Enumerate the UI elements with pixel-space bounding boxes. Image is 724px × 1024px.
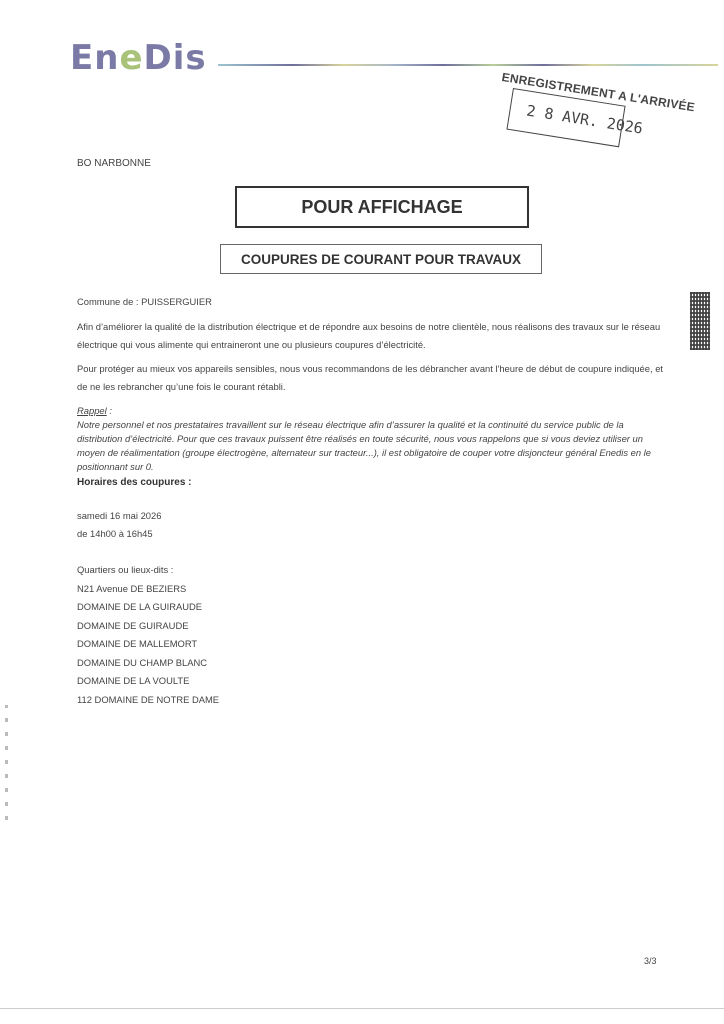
rappel-text: Notre personnel et nos prestataires trav… [77,418,667,474]
logo-text-accent: e [119,38,143,78]
stamp-date: 2 8 AVR. 2026 [525,102,644,138]
header-rule [218,64,718,66]
list-item: DOMAINE DE LA GUIRAUDE [77,598,667,617]
horaires-heading: Horaires des coupures : [77,474,667,492]
list-item: 112 DOMAINE DE NOTRE DAME [77,691,667,710]
page-number: 3/3 [644,956,657,966]
datamatrix-code [690,292,710,350]
rappel-block: Rappel : Notre personnel et nos prestata… [77,404,667,474]
logo-text: En [70,38,119,78]
schedule-date: samedi 16 mai 2026 [77,507,667,525]
sub-title: COUPURES DE COURANT POUR TRAVAUX [241,252,521,267]
enedis-logo: EneDis [70,38,207,78]
sub-title-box: COUPURES DE COURANT POUR TRAVAUX [220,244,542,274]
locations-list: Quartiers ou lieux-dits : N21 Avenue DE … [77,561,667,709]
list-item: DOMAINE DE MALLEMORT [77,635,667,654]
rappel-label: Rappel [77,405,107,416]
list-item: N21 Avenue DE BEZIERS [77,580,667,599]
main-title: POUR AFFICHAGE [301,197,462,218]
list-item: DOMAINE DE LA VOULTE [77,672,667,691]
logo-text: Dis [144,38,207,78]
rappel-colon: : [107,405,112,416]
list-item: DOMAINE DU CHAMP BLANC [77,654,667,673]
locations-heading: Quartiers ou lieux-dits : [77,561,667,580]
footer-rule [0,1008,724,1009]
schedule-time: de 14h00 à 16h45 [77,525,667,543]
paragraph-advice: Pour protéger au mieux vos appareils sen… [77,360,667,396]
main-title-box: POUR AFFICHAGE [235,186,529,228]
list-item: DOMAINE DE GUIRAUDE [77,617,667,636]
commune: Commune de : PUISSERGUIER [77,293,667,311]
sender: BO NARBONNE [77,158,151,169]
paragraph-intro: Afin d’améliorer la qualité de la distri… [77,318,667,354]
margin-marks [5,705,8,820]
